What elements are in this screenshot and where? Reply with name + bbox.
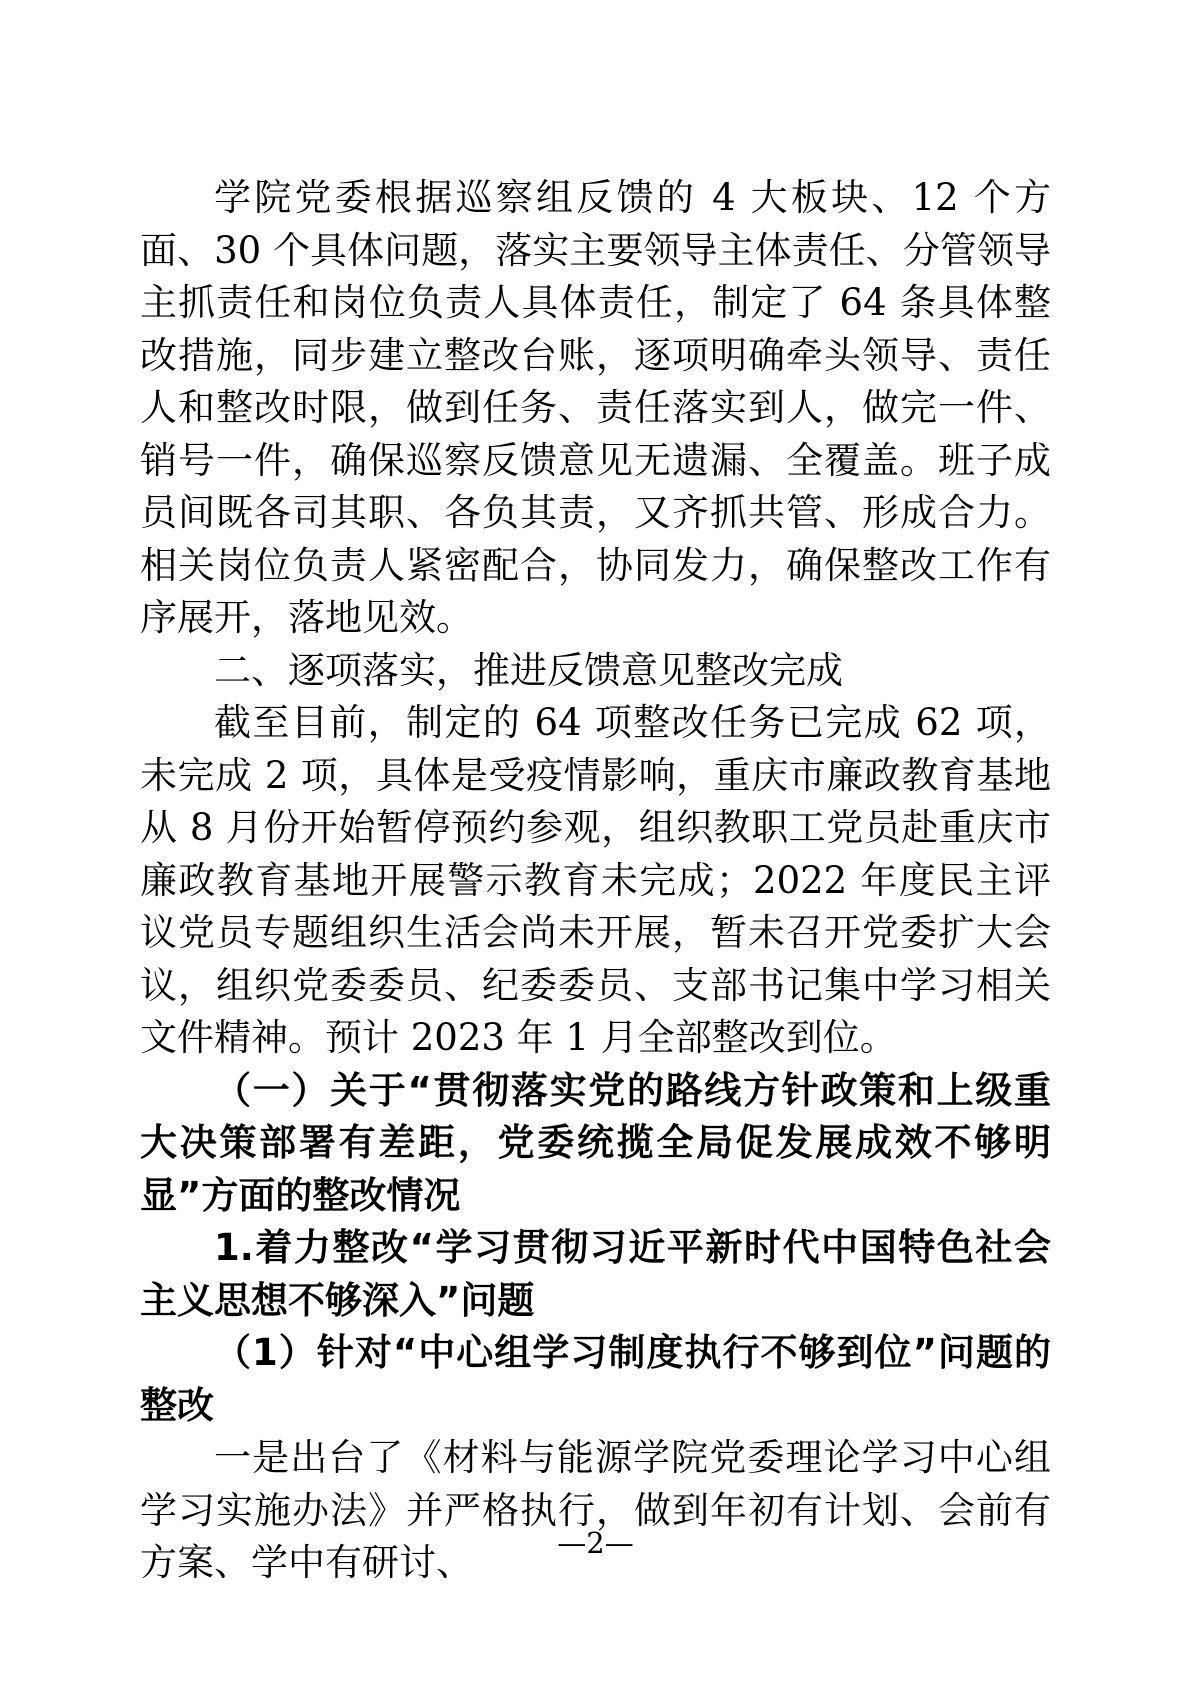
document-body: 学院党委根据巡察组反馈的 4 大板块、12 个方面、30 个具体问题，落实主要领… bbox=[140, 172, 1051, 1590]
paragraph-overview: 学院党委根据巡察组反馈的 4 大板块、12 个方面、30 个具体问题，落实主要领… bbox=[140, 172, 1051, 645]
paragraph-measure-1: 一是出台了《材料与能源学院党委理论学习中心组学习实施办法》并严格执行，做到年初有… bbox=[140, 1432, 1051, 1590]
heading-subitem-1: （1）针对“中心组学习制度执行不够到位”问题的整改 bbox=[140, 1327, 1051, 1432]
paragraph-progress: 截至目前，制定的 64 项整改任务已完成 62 项，未完成 2 项，具体是受疫情… bbox=[140, 697, 1051, 1065]
section-heading-2: 二、逐项落实，推进反馈意见整改完成 bbox=[140, 645, 1051, 698]
page-number: —2— bbox=[0, 1526, 1191, 1560]
document-page: 学院党委根据巡察组反馈的 4 大板块、12 个方面、30 个具体问题，落实主要领… bbox=[0, 0, 1191, 1684]
heading-part-1: （一）关于“贯彻落实党的路线方针政策和上级重大决策部署有差距，党委统揽全局促发展… bbox=[140, 1065, 1051, 1223]
heading-item-1: 1.着力整改“学习贯彻习近平新时代中国特色社会主义思想不够深入”问题 bbox=[140, 1222, 1051, 1327]
